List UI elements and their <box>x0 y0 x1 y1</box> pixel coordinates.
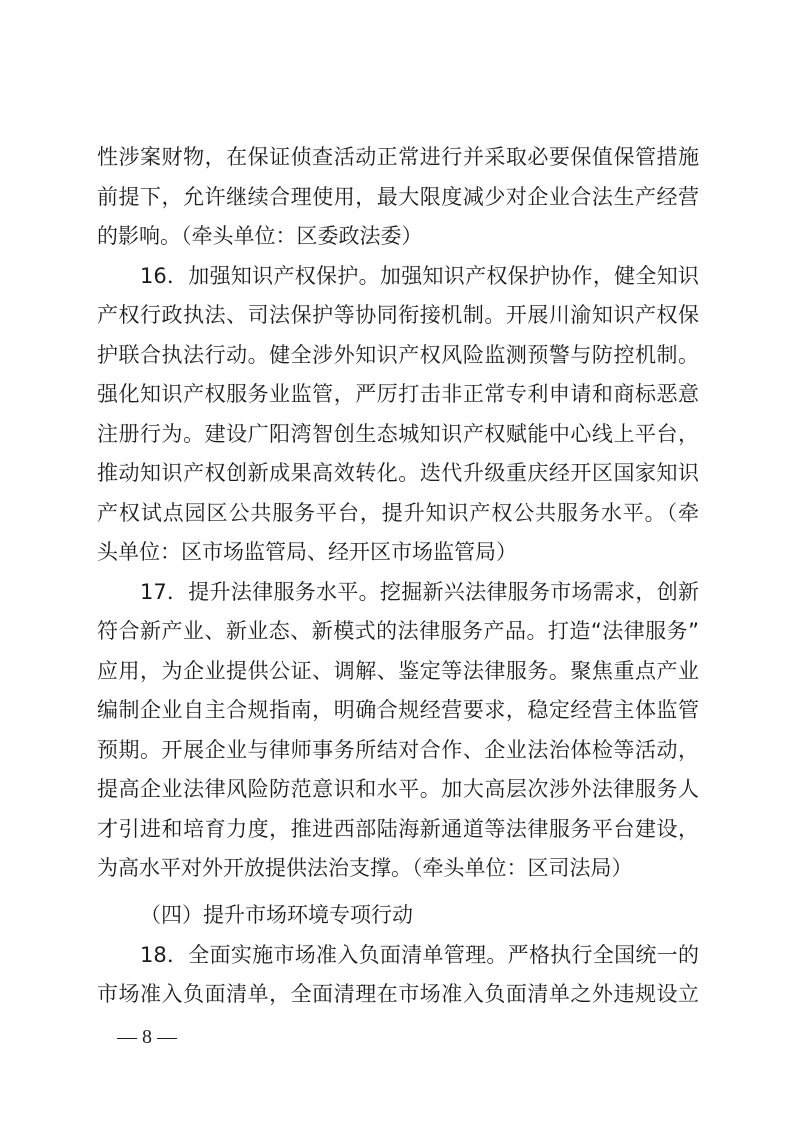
document-page: 性涉案财物，在保证侦查活动正常进行并采取必要保值保管措施 前提下，允许继续合理使… <box>0 0 793 1122</box>
paragraph-17-line-3: 应用，为企业提供公证、调解、鉴定等法律服务。聚焦重点产业 <box>97 657 699 685</box>
paragraph-16-line-8: 头单位：区市场监管局、经开区市场监管局） <box>97 538 699 566</box>
paragraph-17-line-2: 符合新产业、新业态、新模式的法律服务产品。打造“法律服务” <box>97 617 699 645</box>
paragraph-15-line-2: 前提下，允许继续合理使用，最大限度减少对企业合法生产经营 <box>97 183 699 211</box>
page-number: — 8 — <box>117 1023 177 1051</box>
paragraph-16-line-1: 16．加强知识产权保护。加强知识产权保护协作，健全知识 <box>140 262 699 290</box>
paragraph-17-line-8: 为高水平对外开放提供法治支撑。（牵头单位：区司法局） <box>97 854 699 882</box>
paragraph-16-line-3: 护联合执法行动。健全涉外知识产权风险监测预警与防控机制。 <box>97 341 699 369</box>
paragraph-16-line-2: 产权行政执法、司法保护等协同衔接机制。开展川渝知识产权保 <box>97 301 699 329</box>
paragraph-18-line-1: 18．全面实施市场准入负面清单管理。严格执行全国统一的 <box>140 941 699 969</box>
section-heading-4: （四）提升市场环境专项行动 <box>140 901 699 929</box>
paragraph-16-line-5: 注册行为。建设广阳湾智创生态城知识产权赋能中心线上平台， <box>97 420 699 448</box>
paragraph-17-line-7: 才引进和培育力度，推进西部陆海新通道等法律服务平台建设， <box>97 815 699 843</box>
paragraph-17-line-4: 编制企业自主合规指南，明确合规经营要求，稳定经营主体监管 <box>97 696 699 724</box>
paragraph-17-line-1: 17．提升法律服务水平。挖掘新兴法律服务市场需求，创新 <box>140 578 699 606</box>
paragraph-16-line-6: 推动知识产权创新成果高效转化。迭代升级重庆经开区国家知识 <box>97 459 699 487</box>
paragraph-17-line-6: 提高企业法律风险防范意识和水平。加大高层次涉外法律服务人 <box>97 775 699 803</box>
paragraph-15-line-1: 性涉案财物，在保证侦查活动正常进行并采取必要保值保管措施 <box>97 143 699 171</box>
paragraph-18-line-2: 市场准入负面清单，全面清理在市场准入负面清单之外违规设立 <box>97 980 699 1008</box>
paragraph-16-line-4: 强化知识产权服务业监管，严厉打击非正常专利申请和商标恶意 <box>97 380 699 408</box>
paragraph-16-line-7: 产权试点园区公共服务平台，提升知识产权公共服务水平。（牵 <box>97 499 699 527</box>
paragraph-15-line-3: 的影响。（牵头单位：区委政法委） <box>97 222 699 250</box>
paragraph-17-line-5: 预期。开展企业与律师事务所结对合作、企业法治体检等活动， <box>97 736 699 764</box>
